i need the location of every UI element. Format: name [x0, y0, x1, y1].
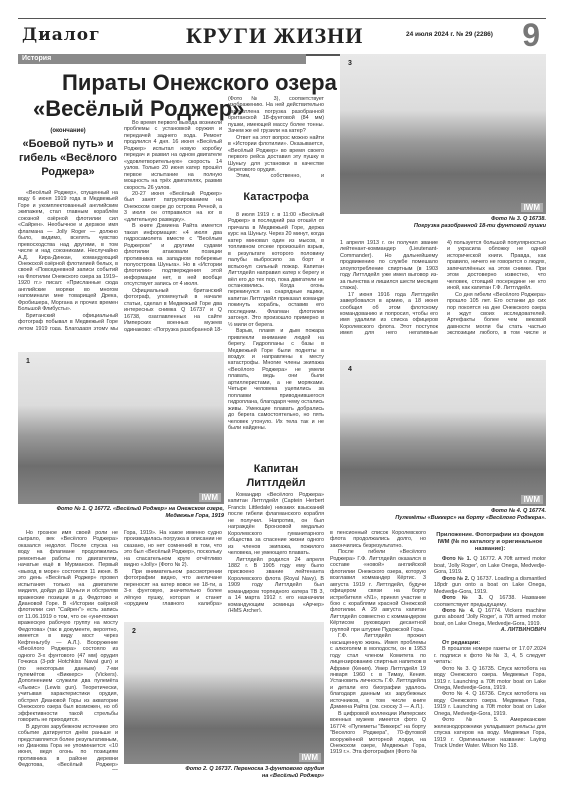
photo-number: 1: [26, 358, 30, 365]
caption-line: Медвежья Гора, 1919: [18, 513, 224, 520]
photo-4: 4 IWM: [340, 360, 546, 506]
caption-line: Пулемёты «Виккерс» на борту «Весёлого Ро…: [340, 515, 546, 522]
paragraph: Фото № 3. Q 16735. Спуск мотобота на вод…: [434, 666, 546, 692]
caption-line: Фото № 1. Q 16772. «Весёлый Роджер» на О…: [18, 506, 224, 513]
appendix-item: Фото № 2. Q 16737. Loading a dismantled …: [434, 576, 546, 595]
photo-2: 2 IWM: [124, 622, 324, 764]
paragraph: Во время первого выхода возникли проблем…: [124, 120, 222, 191]
appendix-title: Приложение. Фотографии из фондов IWM (№ …: [434, 532, 546, 552]
rubric-label: История: [18, 54, 306, 64]
caption-line: Фото 2. Q 16737. Переноска 3-фунтового о…: [124, 766, 324, 773]
paragraph: В прошлом номере газеты от 17.07.2024 г.…: [434, 646, 546, 665]
paragraph: Этим, собственно, и ограничивается «посл…: [228, 173, 324, 178]
paragraph: (Фото № 3), соответствует изображению. Н…: [228, 96, 324, 135]
newspaper-name: Диалог: [22, 25, 100, 45]
paragraph: Г.Ф. Литтлдейл прожил насыщенную жизнь. …: [330, 633, 426, 710]
appendix-item-label: Фото № 3.: [442, 595, 483, 601]
section-name: КРУГИ ЖИЗНИ: [186, 23, 363, 49]
column-1-upper: «Весёлый Роджер», спущенный на воду 6 ию…: [18, 190, 118, 330]
column-2-upper: Во время первого выхода возникли проблем…: [124, 120, 222, 332]
paragraph: Британский официальный фотограф побывал …: [18, 313, 118, 330]
author-signature: А. ЛИТВИНОВИЧ: [434, 627, 546, 633]
paragraph: Официальный британский фотограф, упомяну…: [124, 288, 222, 332]
paragraph: в пенсионный список Королевского флота п…: [330, 530, 426, 549]
paragraph: После гибели «Весёлого Роджера» Г.Ф. Лит…: [330, 549, 426, 633]
column-3-upper: (Фото № 3), соответствует изображению. Н…: [228, 96, 324, 178]
caption-line: Фото № 3. Q 16738.: [340, 216, 546, 223]
paragraph: При внимательном рассмотрении фотографии…: [124, 569, 222, 606]
caption-line: на «Весёлый Роджер»: [124, 773, 324, 780]
paragraph: В книге Дэмиена Райта имеется такая инфо…: [124, 223, 222, 288]
page-header: Диалог КРУГИ ЖИЗНИ 24 июля 2024 г. № 29 …: [18, 18, 546, 56]
subhead-title: «Боевой путь» и гибель «Весёлого Роджера…: [18, 137, 118, 179]
photo-number: 2: [132, 628, 136, 635]
photo-3: 3 IWM: [340, 54, 546, 214]
column-2-lower: Гора, 1919». На какое именно судно произ…: [124, 530, 222, 606]
appendix-item: Фото № 4. Q 16774. Vickers machine guns …: [434, 608, 546, 627]
appendix-item-label: Фото № 1.: [442, 556, 471, 562]
column-4-upper: 1 апреля 1913 г. он получил звание лейте…: [340, 240, 438, 335]
subhead-note: (окончание): [18, 128, 118, 134]
photo-4-caption: Фото № 4. Q 16774. Пулемёты «Виккерс» на…: [340, 508, 546, 522]
paragraph: 8 июля 1919 г. в 11:00 «Весёлый Роджер» …: [228, 212, 324, 328]
photo-number: 3: [348, 60, 352, 67]
appendix-item-label: Фото № 4.: [442, 608, 474, 614]
page-number: 9: [522, 17, 540, 54]
paragraph: Гора, 1919». На какое именно судно произ…: [124, 530, 222, 569]
paragraph: Командир «Весёлого Роджера» капитан Литт…: [228, 492, 324, 557]
iwm-watermark: IWM: [521, 203, 543, 212]
iwm-watermark: IWM: [299, 753, 321, 762]
photo-number: 4: [348, 366, 352, 373]
paragraph: В цифровой коллекции Имперских военных м…: [330, 711, 426, 756]
column-3-catastrophe: 8 июля 1919 г. в 11:00 «Весёлый Роджер» …: [228, 212, 324, 457]
caption-line: Погрузка разобранной 18-ти фунтовой пушк…: [340, 223, 546, 230]
photo-3-caption: Фото № 3. Q 16738. Погрузка разобранной …: [340, 216, 546, 230]
article-title-line1: Пираты Онежского озера: [62, 70, 337, 96]
paragraph: Фото № 5. Американские железнодорожники …: [434, 717, 546, 749]
column-5-appendix: Приложение. Фотографии из фондов IWM (№ …: [434, 532, 546, 777]
article-title-line2: «Весёлый Роджер»: [33, 96, 244, 122]
paragraph: Взрыв, пламя и дым пожара привлекли вним…: [228, 328, 324, 431]
paragraph: 20-27 июня «Весёлый Роджер» был занят па…: [124, 191, 222, 223]
subhead: (окончание) «Боевой путь» и гибель «Весё…: [18, 128, 118, 179]
paragraph: «Весёлый Роджер», спущенный на воду 6 ию…: [18, 190, 118, 313]
paragraph: Литтлдейл родился 24 апреля 1882 г. В 19…: [228, 557, 324, 612]
appendix-item: Фото № 1. Q 16772. A 70ft armed motor bo…: [434, 556, 546, 575]
issue-date: 24 июля 2024 г. № 29 (2286): [406, 31, 493, 38]
paragraph: Ответ на этот вопрос можно найти в «Исто…: [228, 135, 324, 174]
iwm-watermark: IWM: [521, 495, 543, 504]
paragraph: Со дня гибели «Весёлого Роджера» прошло …: [447, 292, 546, 335]
column-3-littledale: Командир «Весёлого Роджера» капитан Литт…: [228, 492, 324, 612]
caption-line: Фото № 4. Q 16774.: [340, 508, 546, 515]
photo-1: 1 IWM: [18, 352, 224, 504]
paragraph: 4) пользуется большой популярностью и ук…: [447, 240, 546, 292]
iwm-watermark: IWM: [199, 493, 221, 502]
paragraph: 17 июня 1916 года Литтлдейл завербовался…: [340, 292, 438, 335]
section-title-catastrophe: Катастрофа: [228, 190, 324, 204]
appendix-item: Фото № 3. Q 16738. Название соответствуе…: [434, 595, 546, 608]
paragraph: Но грозное имя своей роли не сыграло, ве…: [18, 530, 118, 724]
paragraph: В другом зарубежном источнике это событи…: [18, 724, 118, 770]
column-4-lower: в пенсионный список Королевского флота п…: [330, 530, 426, 775]
column-1-lower: Но грозное имя своей роли не сыграло, ве…: [18, 530, 118, 770]
appendix-item-label: Фото № 2.: [442, 576, 469, 582]
photo-1-caption: Фото № 1. Q 16772. «Весёлый Роджер» на О…: [18, 506, 224, 520]
paragraph: Фото № 4. Q 16736. Спуск мотобота на вод…: [434, 691, 546, 717]
paragraph: 1 апреля 1913 г. он получил звание лейте…: [340, 240, 438, 292]
section-title-littledale: Капитан Литтлдейл: [228, 462, 324, 490]
column-5-upper: 4) пользуется большой популярностью и ук…: [447, 240, 546, 335]
photo-2-caption: Фото 2. Q 16737. Переноска 3-фунтового о…: [124, 766, 324, 780]
